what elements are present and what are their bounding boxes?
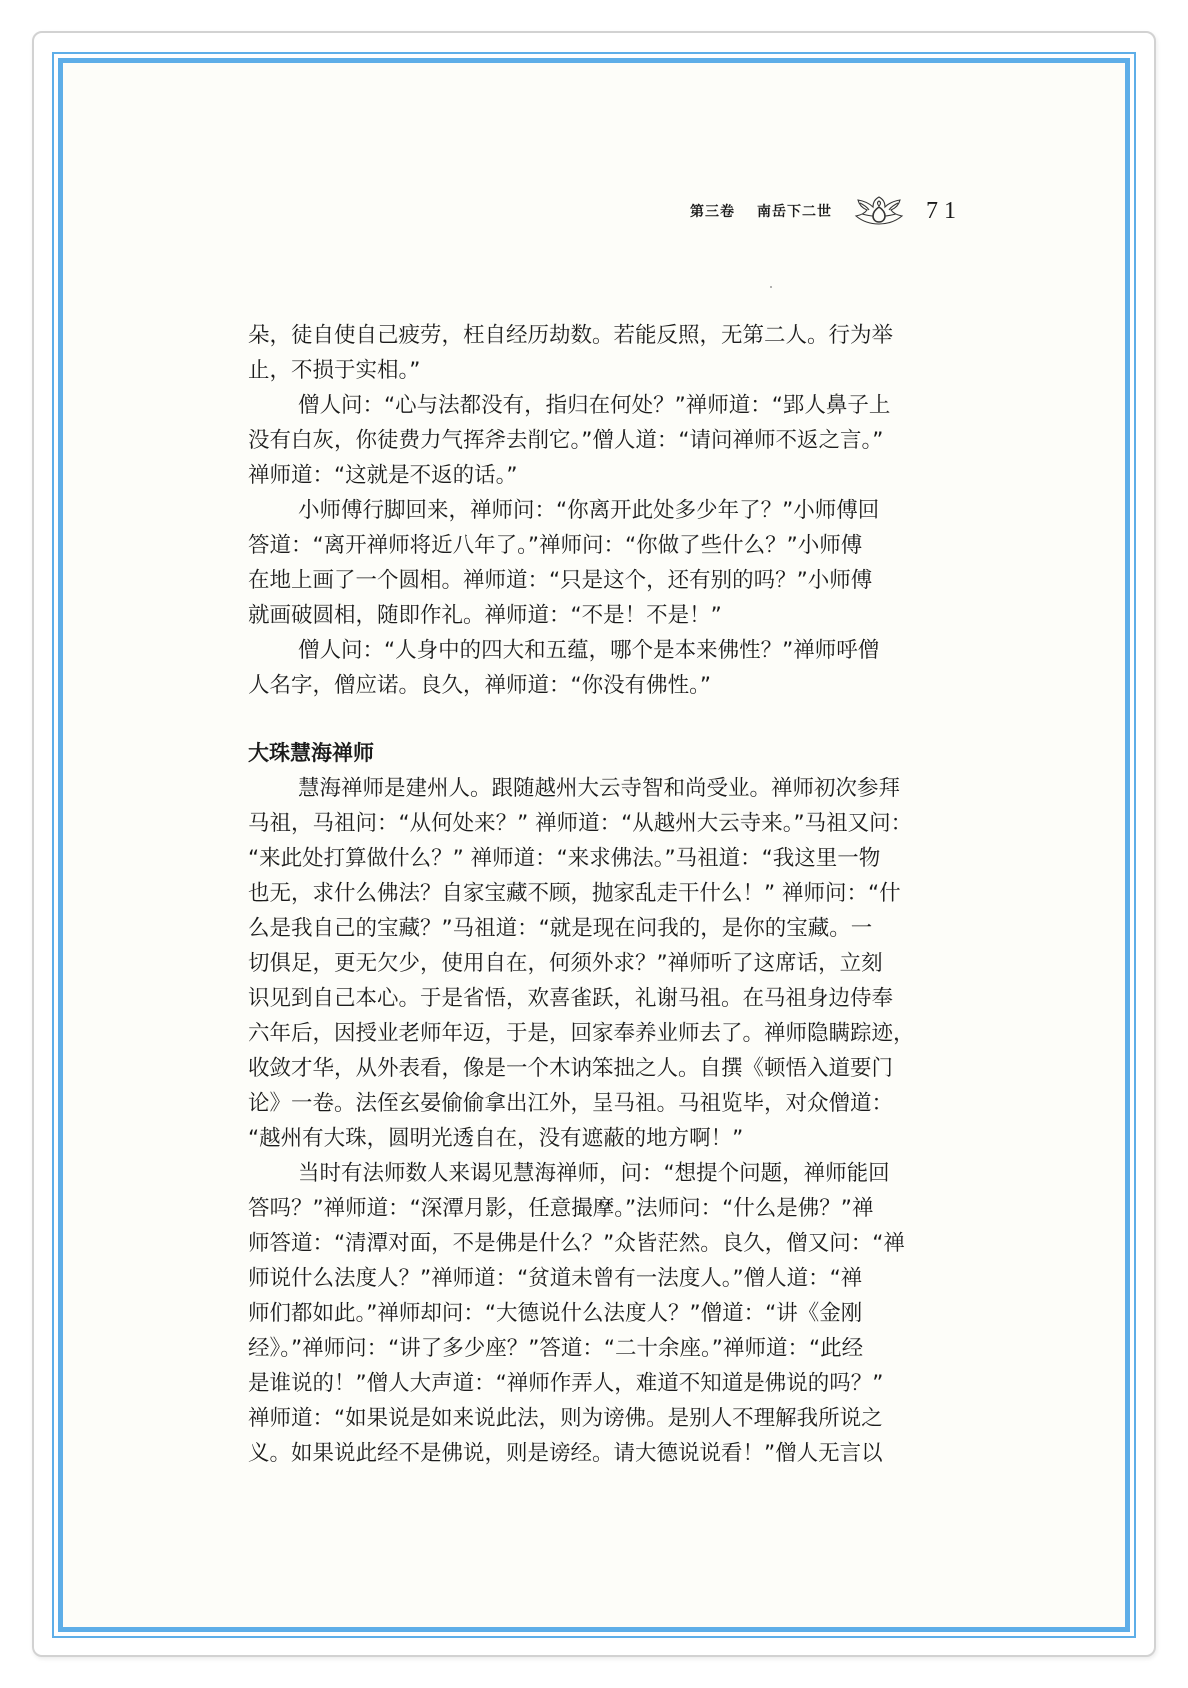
header-chapter: 第三卷	[690, 201, 735, 221]
text-line: 识见到自己本心。于是省悟，欢喜雀跃，礼谢马祖。在马祖身边侍奉	[248, 981, 928, 1016]
text-line: “来此处打算做什么？” 禅师道：“来求佛法。”马祖道：“我这里一物	[248, 841, 928, 876]
text-line: 止，不损于实相。”	[248, 353, 928, 388]
body-text: 朵，徒自使自己疲劳，枉自经历劫数。若能反照，无第二人。行为举止，不损于实相。”僧…	[248, 318, 928, 1471]
text-line: 论》一卷。法侄玄晏偷偷拿出江外，呈马祖。马祖览毕，对众僧道：	[248, 1086, 928, 1121]
passage-continuation: 朵，徒自使自己疲劳，枉自经历劫数。若能反照，无第二人。行为举止，不损于实相。”僧…	[248, 318, 928, 703]
text-line: 朵，徒自使自己疲劳，枉自经历劫数。若能反照，无第二人。行为举	[248, 318, 928, 353]
text-line: 切俱足，更无欠少，使用自在，何须外求？”禅师听了这席话，立刻	[248, 946, 928, 981]
page-number: 71	[926, 198, 962, 225]
text-line: 马祖，马祖问：“从何处来？” 禅师道：“从越州大云寺来。”马祖又问：	[248, 806, 928, 841]
section-title: 大珠慧海禅师	[248, 736, 928, 771]
text-line: 答道：“离开禅师将近八年了。”禅师问：“你做了些什么？”小师傅	[248, 528, 928, 563]
text-line: “越州有大珠，圆明光透自在，没有遮蔽的地方啊！”	[248, 1121, 928, 1156]
text-line: 师们都如此。”禅师却问：“大德说什么法度人？”僧道：“讲《金刚	[248, 1296, 928, 1331]
lotus-ornament-icon	[852, 194, 906, 228]
text-line: 慧海禅师是建州人。跟随越州大云寺智和尚受业。禅师初次参拜	[248, 771, 928, 806]
text-line: 师说什么法度人？”禅师道：“贫道未曾有一法度人。”僧人道：“禅	[248, 1261, 928, 1296]
text-line: 禅师道：“如果说是如来说此法，则为谤佛。是别人不理解我所说之	[248, 1401, 928, 1436]
text-line: 僧人问：“心与法都没有，指归在何处？”禅师道：“郢人鼻子上	[248, 388, 928, 423]
text-line: 当时有法师数人来谒见慧海禅师，问：“想提个问题，禅师能回	[248, 1156, 928, 1191]
text-line: 就画破圆相，随即作礼。禅师道：“不是！不是！”	[248, 598, 928, 633]
text-line: 义。如果说此经不是佛说，则是谤经。请大德说说看！”僧人无言以	[248, 1436, 928, 1471]
text-line: 小师傅行脚回来，禅师问：“你离开此处多少年了？”小师傅回	[248, 493, 928, 528]
text-line: 收敛才华，从外表看，像是一个木讷笨拙之人。自撰《顿悟入道要门	[248, 1051, 928, 1086]
passage-dazhu-huihai: 慧海禅师是建州人。跟随越州大云寺智和尚受业。禅师初次参拜马祖，马祖问：“从何处来…	[248, 771, 928, 1471]
scan-speck	[770, 286, 772, 288]
text-line: 在地上画了一个圆相。禅师道：“只是这个，还有别的吗？”小师傅	[248, 563, 928, 598]
text-line: 也无，求什么佛法？自家宝藏不顾，抛家乱走干什么！” 禅师问：“什	[248, 876, 928, 911]
text-line: 人名字，僧应诺。良久，禅师道：“你没有佛性。”	[248, 668, 928, 703]
text-line: 师答道：“清潭对面，不是佛是什么？”众皆茫然。良久，僧又问：“禅	[248, 1226, 928, 1261]
running-header: 第三卷 南岳下二世 71	[690, 194, 962, 228]
text-line: 没有白灰，你徒费力气挥斧去削它。”僧人道：“请问禅师不返之言。”	[248, 423, 928, 458]
text-line: 答吗？”禅师道：“深潭月影，任意撮摩。”法师问：“什么是佛？”禅	[248, 1191, 928, 1226]
text-line: 是谁说的！”僧人大声道：“禅师作弄人，难道不知道是佛说的吗？”	[248, 1366, 928, 1401]
text-line: 僧人问：“人身中的四大和五蕴，哪个是本来佛性？”禅师呼僧	[248, 633, 928, 668]
header-section: 南岳下二世	[757, 201, 832, 221]
text-line: 六年后，因授业老师年迈，于是，回家奉养业师去了。禅师隐瞒踪迹，	[248, 1016, 928, 1051]
text-line: 么是我自己的宝藏？”马祖道：“就是现在问我的，是你的宝藏。一	[248, 911, 928, 946]
text-line: 经》。”禅师问：“讲了多少座？”答道：“二十余座。”禅师道：“此经	[248, 1331, 928, 1366]
text-line: 禅师道：“这就是不返的话。”	[248, 458, 928, 493]
